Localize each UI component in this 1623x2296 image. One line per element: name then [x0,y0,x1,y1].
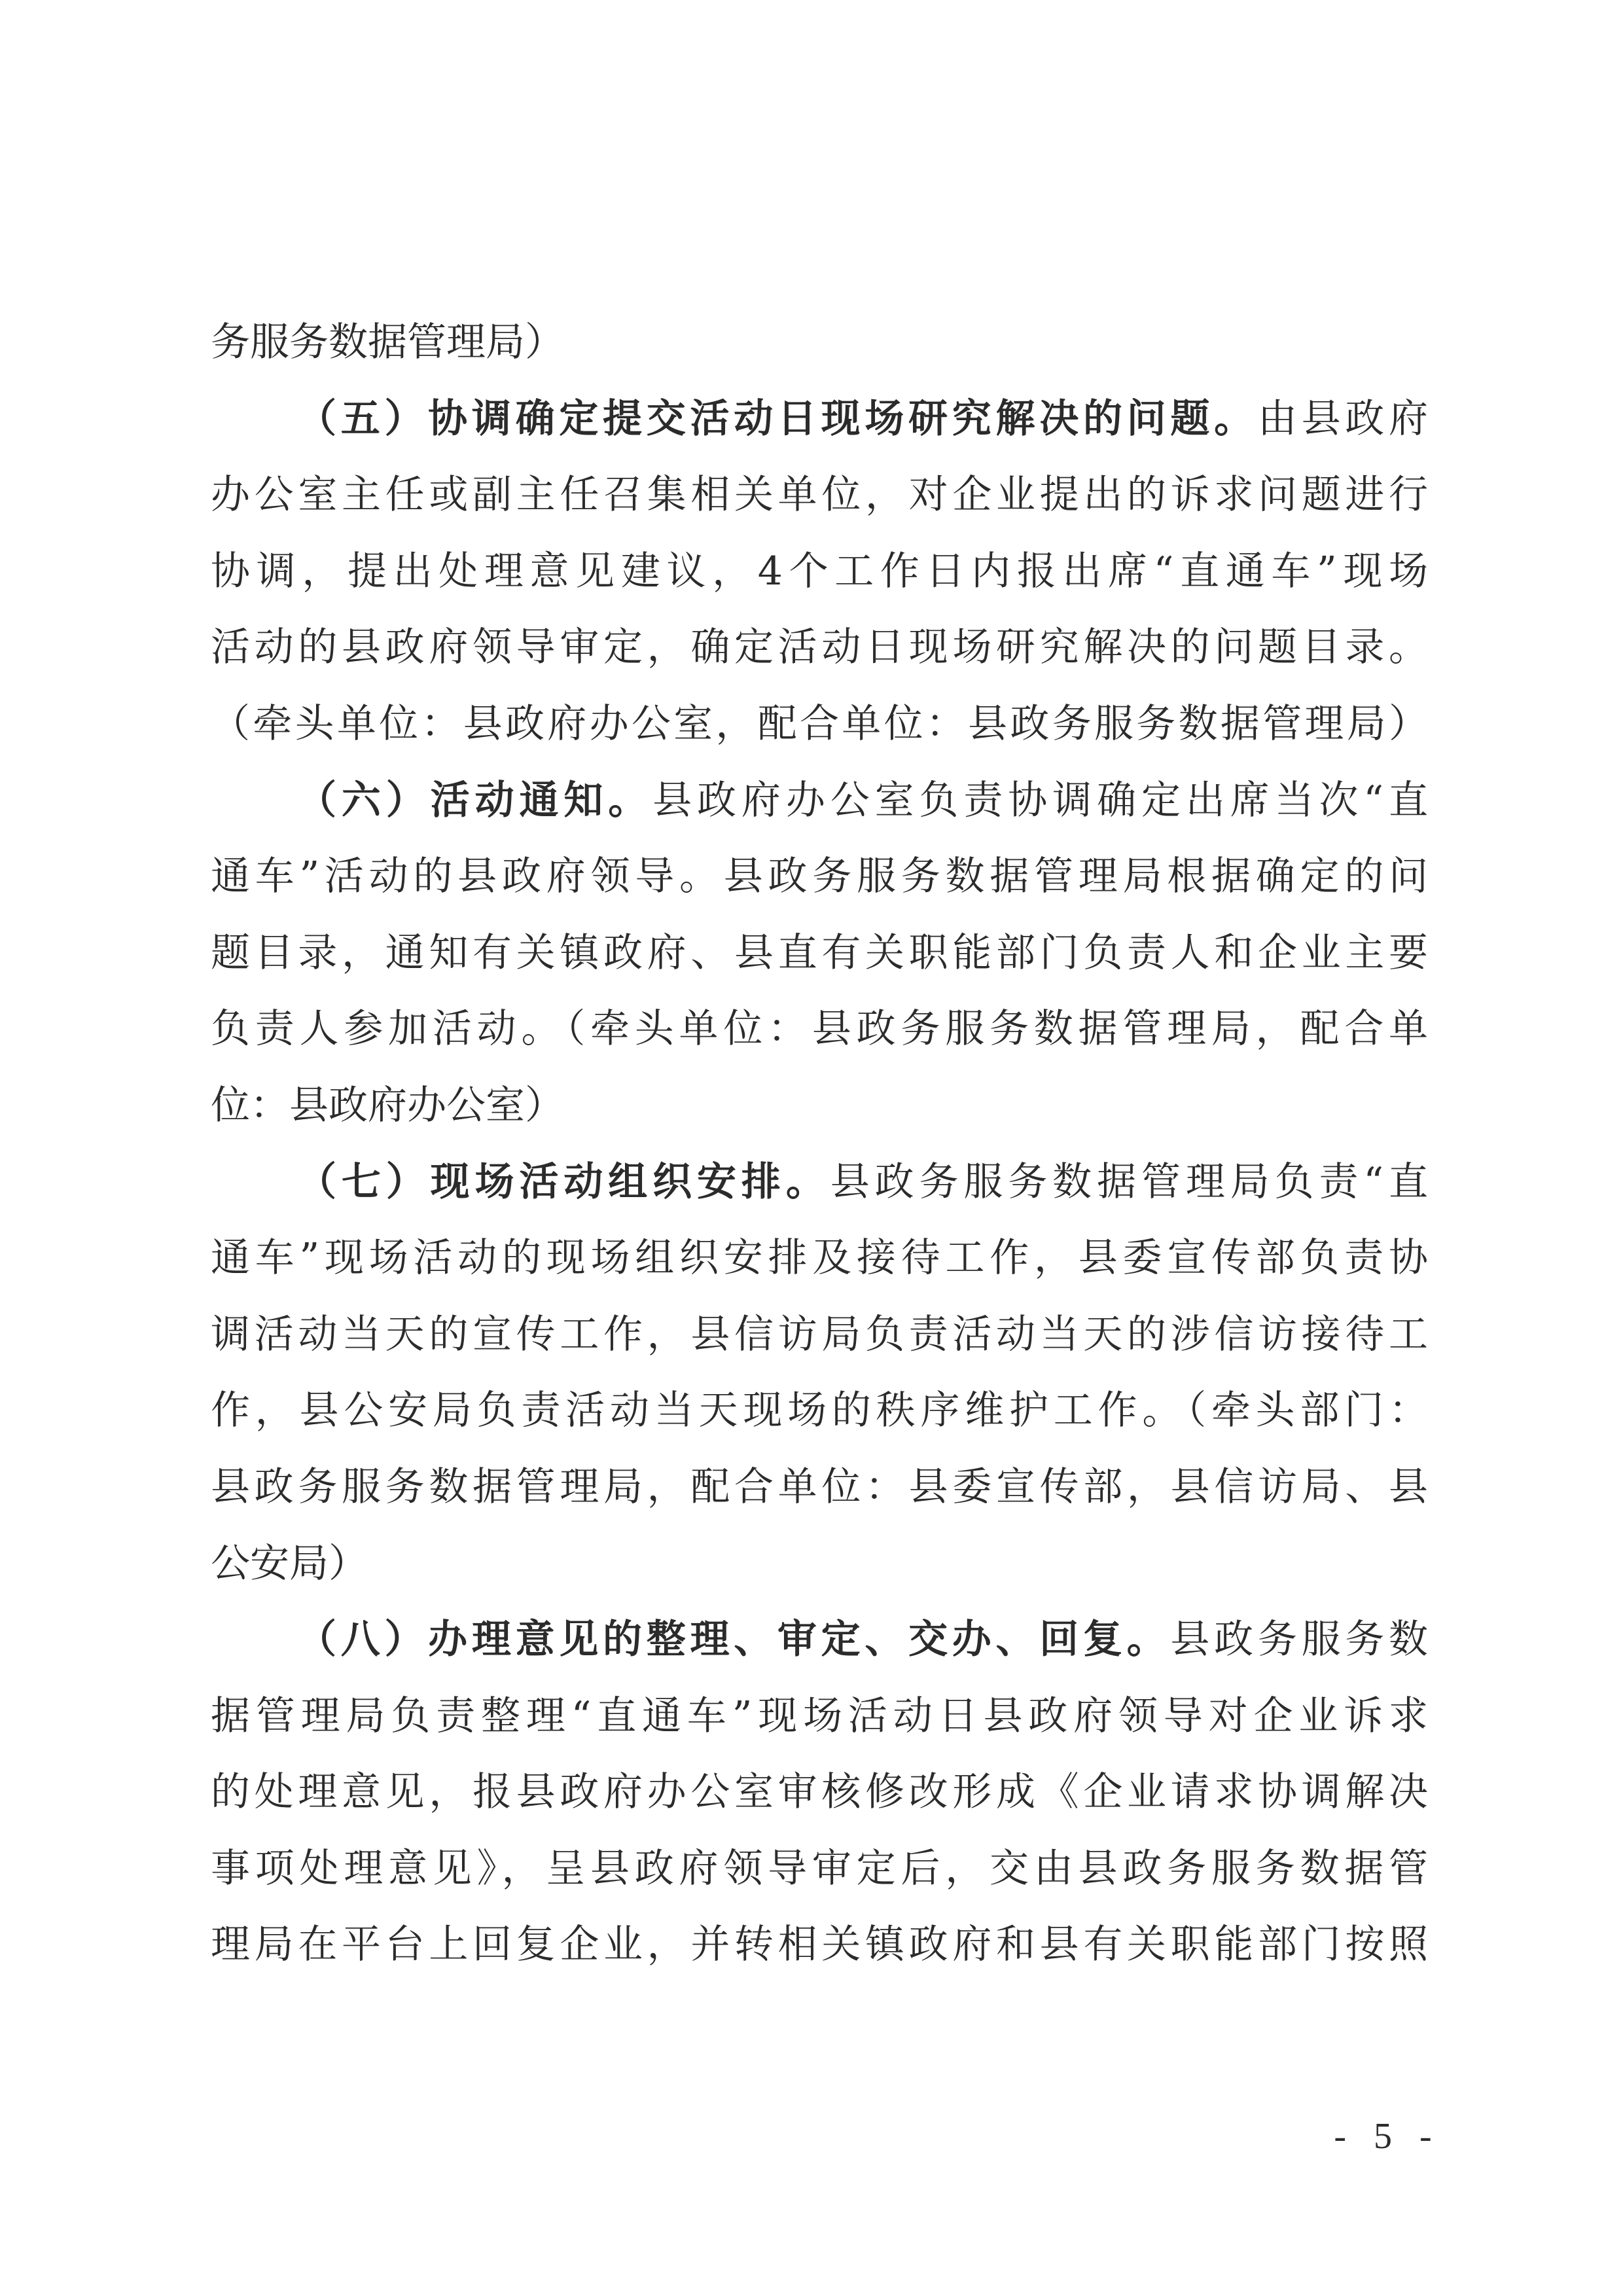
text-line-15: 作，县公安局负责活动当天现场的秩序维护工作。（牵头部门： [211,1372,1428,1449]
text-line-13: 通车”现场活动的现场组织安排及接待工作，县委宣传部负责协 [211,1220,1428,1297]
line-text: 事项处理意见》，呈县政府领导审定后，交由县政务服务数据管 [211,1846,1428,1892]
line-text: 办公室主任或副主任召集相关单位，对企业提出的诉求问题进行 [211,472,1428,518]
section-heading: （六）活动通知。 [297,778,652,823]
line-text: （牵头单位：县政府办公室，配合单位：县政务服务数据管理局） [211,701,1428,747]
line-text: 的处理意见，报县政府办公室审核修改形成《企业请求协调解决 [211,1769,1428,1815]
text-line-10: 负责人参加活动。（牵头单位：县政务服务数据管理局，配合单 [211,991,1428,1067]
text-line-21: 事项处理意见》，呈县政府领导审定后，交由县政务服务数据管 [211,1831,1428,1907]
line-text: 通车”活动的县政府领导。县政务服务数据管理局根据确定的问 [211,853,1428,899]
line-text: 负责人参加活动。（牵头单位：县政务服务数据管理局，配合单 [211,1006,1428,1052]
section-heading: （八）办理意见的整理、审定、交办、回复。 [297,1617,1170,1662]
line-text: 理局在平台上回复企业，并转相关镇政府和县有关职能部门按照 [211,1922,1428,1967]
section-heading: （七）现场活动组织安排。 [297,1159,830,1205]
section-8-heading-line: （八）办理意见的整理、审定、交办、回复。县政务服务数 [211,1602,1428,1678]
text-line-4: 协调，提出处理意见建议，4个工作日内报出席“直通车”现场 [211,533,1428,610]
line-text: 调活动当天的宣传工作，县信访局负责活动当天的涉信访接待工 [211,1312,1428,1357]
text-line-9: 题目录，通知有关镇政府、县直有关职能部门负责人和企业主要 [211,915,1428,992]
text-line-17: 公安局） [211,1526,1428,1602]
line-text: 据管理局负责整理“直通车”现场活动日县政府领导对企业诉求 [211,1693,1428,1739]
text-line-3: 办公室主任或副主任召集相关单位，对企业提出的诉求问题进行 [211,457,1428,533]
line-text: 协调，提出处理意见建议，4个工作日内报出席“直通车”现场 [211,548,1428,594]
text-line-14: 调活动当天的宣传工作，县信访局负责活动当天的涉信访接待工 [211,1297,1428,1373]
line-text: 县政务服务数据管理局，配合单位：县委宣传部，县信访局、县 [211,1464,1428,1510]
body-text: 务服务数据管理局） （五）协调确定提交活动日现场研究解决的问题。由县政府 办公室… [211,304,1428,1983]
text-line-19: 据管理局负责整理“直通车”现场活动日县政府领导对企业诉求 [211,1678,1428,1755]
text-line-1: 务服务数据管理局） [211,304,1428,381]
text-line-20: 的处理意见，报县政府办公室审核修改形成《企业请求协调解决 [211,1754,1428,1831]
line-text: 县政务服务数据管理局负责“直 [830,1159,1428,1205]
page-number: - 5 - [1322,2115,1453,2157]
section-5-heading-line: （五）协调确定提交活动日现场研究解决的问题。由县政府 [211,381,1428,457]
text-line-6: （牵头单位：县政府办公室，配合单位：县政务服务数据管理局） [211,686,1428,762]
line-text: 作，县公安局负责活动当天现场的秩序维护工作。（牵头部门： [211,1388,1428,1433]
line-text: 活动的县政府领导审定，确定活动日现场研究解决的问题目录。 [211,624,1428,670]
text-line-5: 活动的县政府领导审定，确定活动日现场研究解决的问题目录。 [211,609,1428,686]
line-text: 由县政府 [1258,396,1428,442]
text-line-11: 位：县政府办公室） [211,1067,1428,1144]
document-page: 务服务数据管理局） （五）协调确定提交活动日现场研究解决的问题。由县政府 办公室… [0,0,1623,2296]
section-7-heading-line: （七）现场活动组织安排。县政务服务数据管理局负责“直 [211,1144,1428,1221]
section-heading: （五）协调确定提交活动日现场研究解决的问题。 [297,396,1258,442]
line-text: 县政府办公室负责协调确定出席当次“直 [652,778,1428,823]
line-text: 县政务服务数 [1170,1617,1428,1662]
section-6-heading-line: （六）活动通知。县政府办公室负责协调确定出席当次“直 [211,762,1428,839]
line-text: 通车”现场活动的现场组织安排及接待工作，县委宣传部负责协 [211,1235,1428,1281]
text-line-16: 县政务服务数据管理局，配合单位：县委宣传部，县信访局、县 [211,1449,1428,1526]
text-line-8: 通车”活动的县政府领导。县政务服务数据管理局根据确定的问 [211,838,1428,915]
line-text: 位：县政府办公室） [211,1083,564,1128]
line-text: 题目录，通知有关镇政府、县直有关职能部门负责人和企业主要 [211,930,1428,976]
text-line-22: 理局在平台上回复企业，并转相关镇政府和县有关职能部门按照 [211,1907,1428,1983]
line-text: 务服务数据管理局） [211,319,564,365]
line-text: 公安局） [211,1541,368,1587]
